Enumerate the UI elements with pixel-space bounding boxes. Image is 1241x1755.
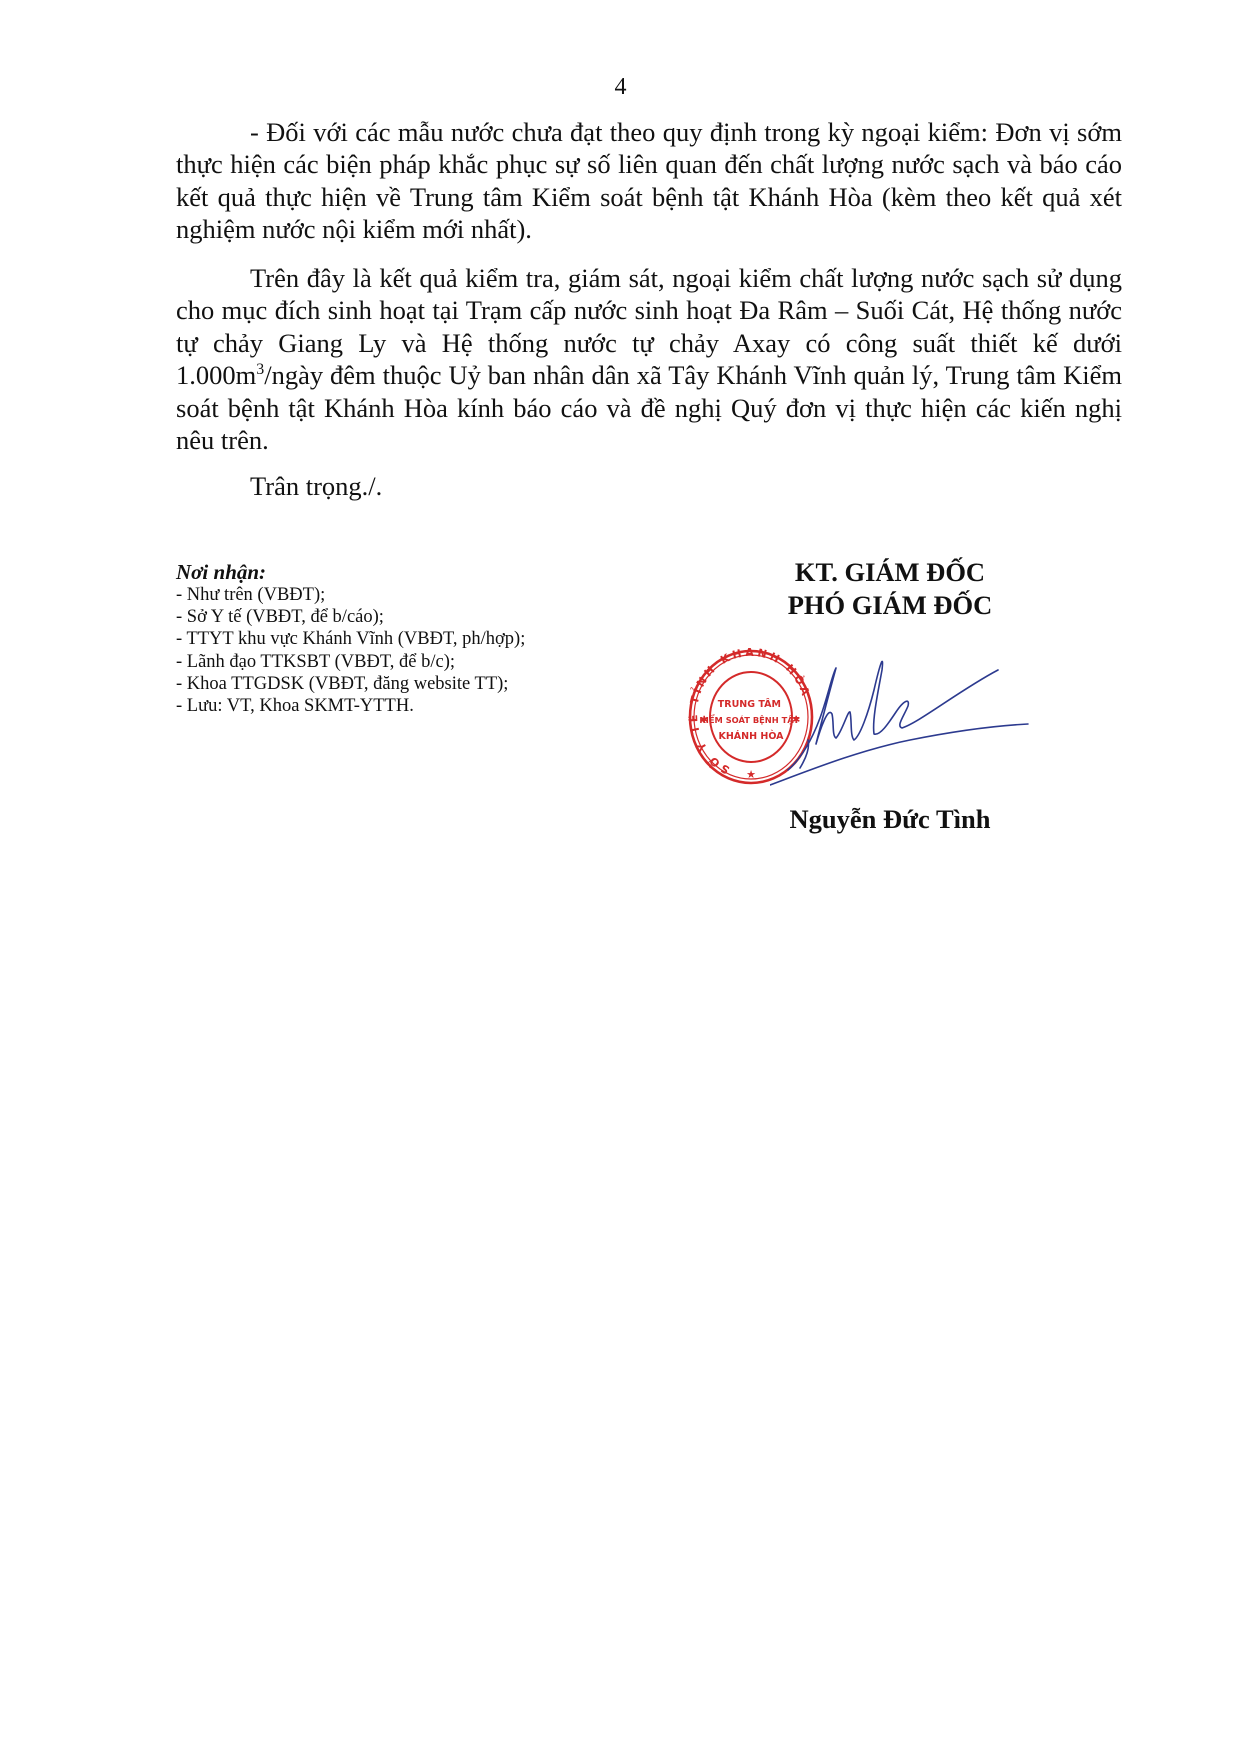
svg-text:★: ★ — [746, 769, 756, 781]
recipient-item: - Lãnh đạo TTKSBT (VBĐT, để b/c); — [176, 651, 525, 673]
recipient-item: - Sở Y tế (VBĐT, để b/cáo); — [176, 606, 525, 628]
closing-text: Trân trọng./. — [176, 470, 1122, 502]
paragraph-text-part: /ngày đêm thuộc Uỷ ban nhân dân xã Tây K… — [176, 360, 1122, 455]
page-number: 4 — [0, 72, 1241, 102]
signer-title-line1: KT. GIÁM ĐỐC — [740, 556, 1040, 589]
recipient-item: - Như trên (VBĐT); — [176, 584, 525, 606]
recipient-item: - Khoa TTGDSK (VBĐT, đăng website TT); — [176, 673, 525, 695]
recipients-block: Nơi nhận: - Như trên (VBĐT); - Sở Y tế (… — [176, 560, 525, 717]
recipient-item: - Lưu: VT, Khoa SKMT-YTTH. — [176, 695, 525, 717]
recipients-title: Nơi nhận: — [176, 560, 525, 584]
signer-title-line2: PHÓ GIÁM ĐỐC — [740, 589, 1040, 622]
signer-name: Nguyễn Đức Tình — [740, 803, 1040, 836]
superscript: 3 — [256, 361, 264, 378]
paragraph-closing: Trân trọng./. — [176, 470, 1122, 502]
signer-title-block: KT. GIÁM ĐỐC PHÓ GIÁM ĐỐC — [740, 556, 1040, 622]
paragraph-text: - Đối với các mẫu nước chưa đạt theo quy… — [176, 116, 1122, 246]
recipient-item: - TTYT khu vực Khánh Vĩnh (VBĐT, ph/hợp)… — [176, 628, 525, 650]
paragraph-conclusion: Trên đây là kết quả kiểm tra, giám sát, … — [176, 262, 1122, 456]
paragraph-remediation: - Đối với các mẫu nước chưa đạt theo quy… — [176, 116, 1122, 246]
paragraph-text: Trên đây là kết quả kiểm tra, giám sát, … — [176, 262, 1122, 456]
handwritten-signature-icon — [770, 640, 1030, 790]
